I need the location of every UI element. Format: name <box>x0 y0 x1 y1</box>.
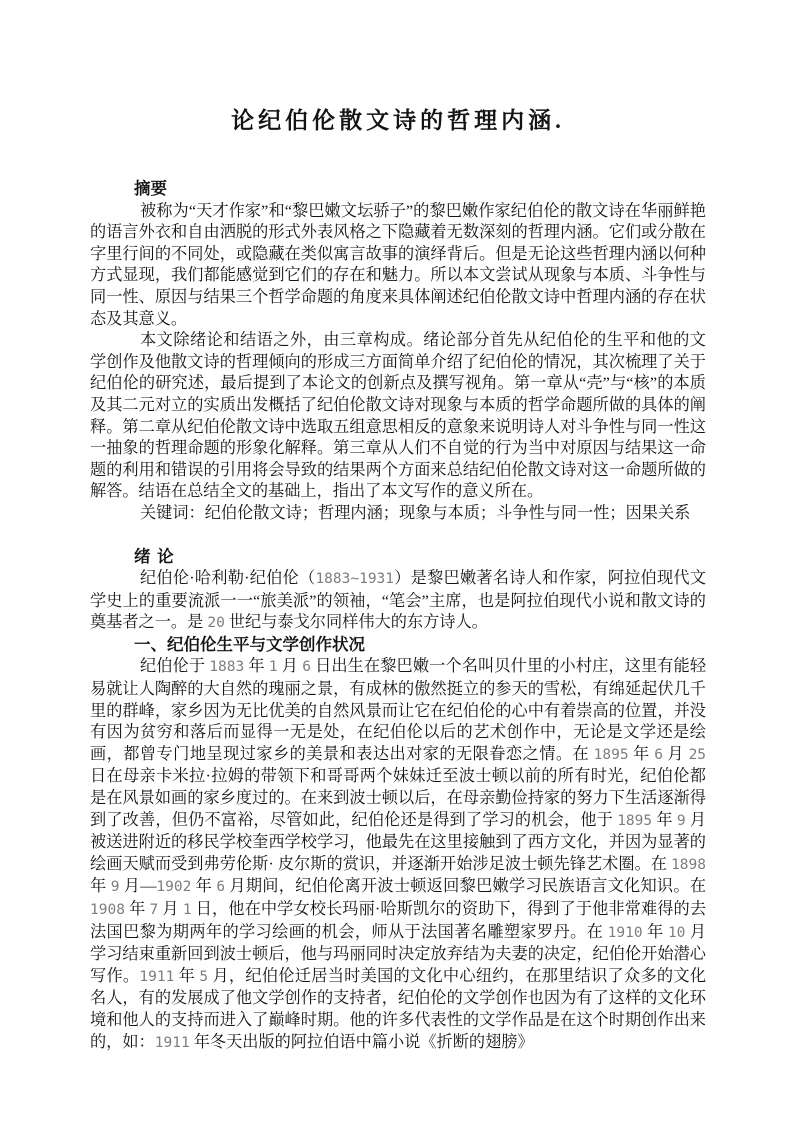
section1-heading: 一、纪伯伦生平与文学创作状况 <box>90 635 706 657</box>
abstract-paragraph-2: 本文除绪论和结语之外，由三章构成。绪论部分首先从纪伯伦的生平和他的文学创作及他散… <box>90 330 706 503</box>
document-page: 论纪伯伦散文诗的哲理内涵. 摘要 被称为“天才作家”和“黎巴嫩文坛骄子”的黎巴嫩… <box>0 0 794 1123</box>
abstract-paragraph-1: 被称为“天才作家”和“黎巴嫩文坛骄子”的黎巴嫩作家纪伯伦的散文诗在华丽鲜艳的语言… <box>90 201 706 331</box>
introduction-heading: 绪 论 <box>90 547 706 569</box>
document-title: 论纪伯伦散文诗的哲理内涵. <box>90 104 706 138</box>
keywords-line: 关键词：纪伯伦散文诗；哲理内涵；现象与本质；斗争性与同一性；因果关系 <box>90 503 706 525</box>
section1-paragraph: 纪伯伦于 1883 年 1 月 6 日出生在黎巴嫩一个名叫贝什里的小村庄，这里有… <box>90 656 706 1054</box>
abstract-heading: 摘要 <box>90 179 706 201</box>
introduction-lead-paragraph: 纪伯伦·哈利勒·纪伯伦（1883~1931）是黎巴嫩著名诗人和作家，阿拉伯现代文… <box>90 568 706 635</box>
document-content: 论纪伯伦散文诗的哲理内涵. 摘要 被称为“天才作家”和“黎巴嫩文坛骄子”的黎巴嫩… <box>0 0 794 1054</box>
